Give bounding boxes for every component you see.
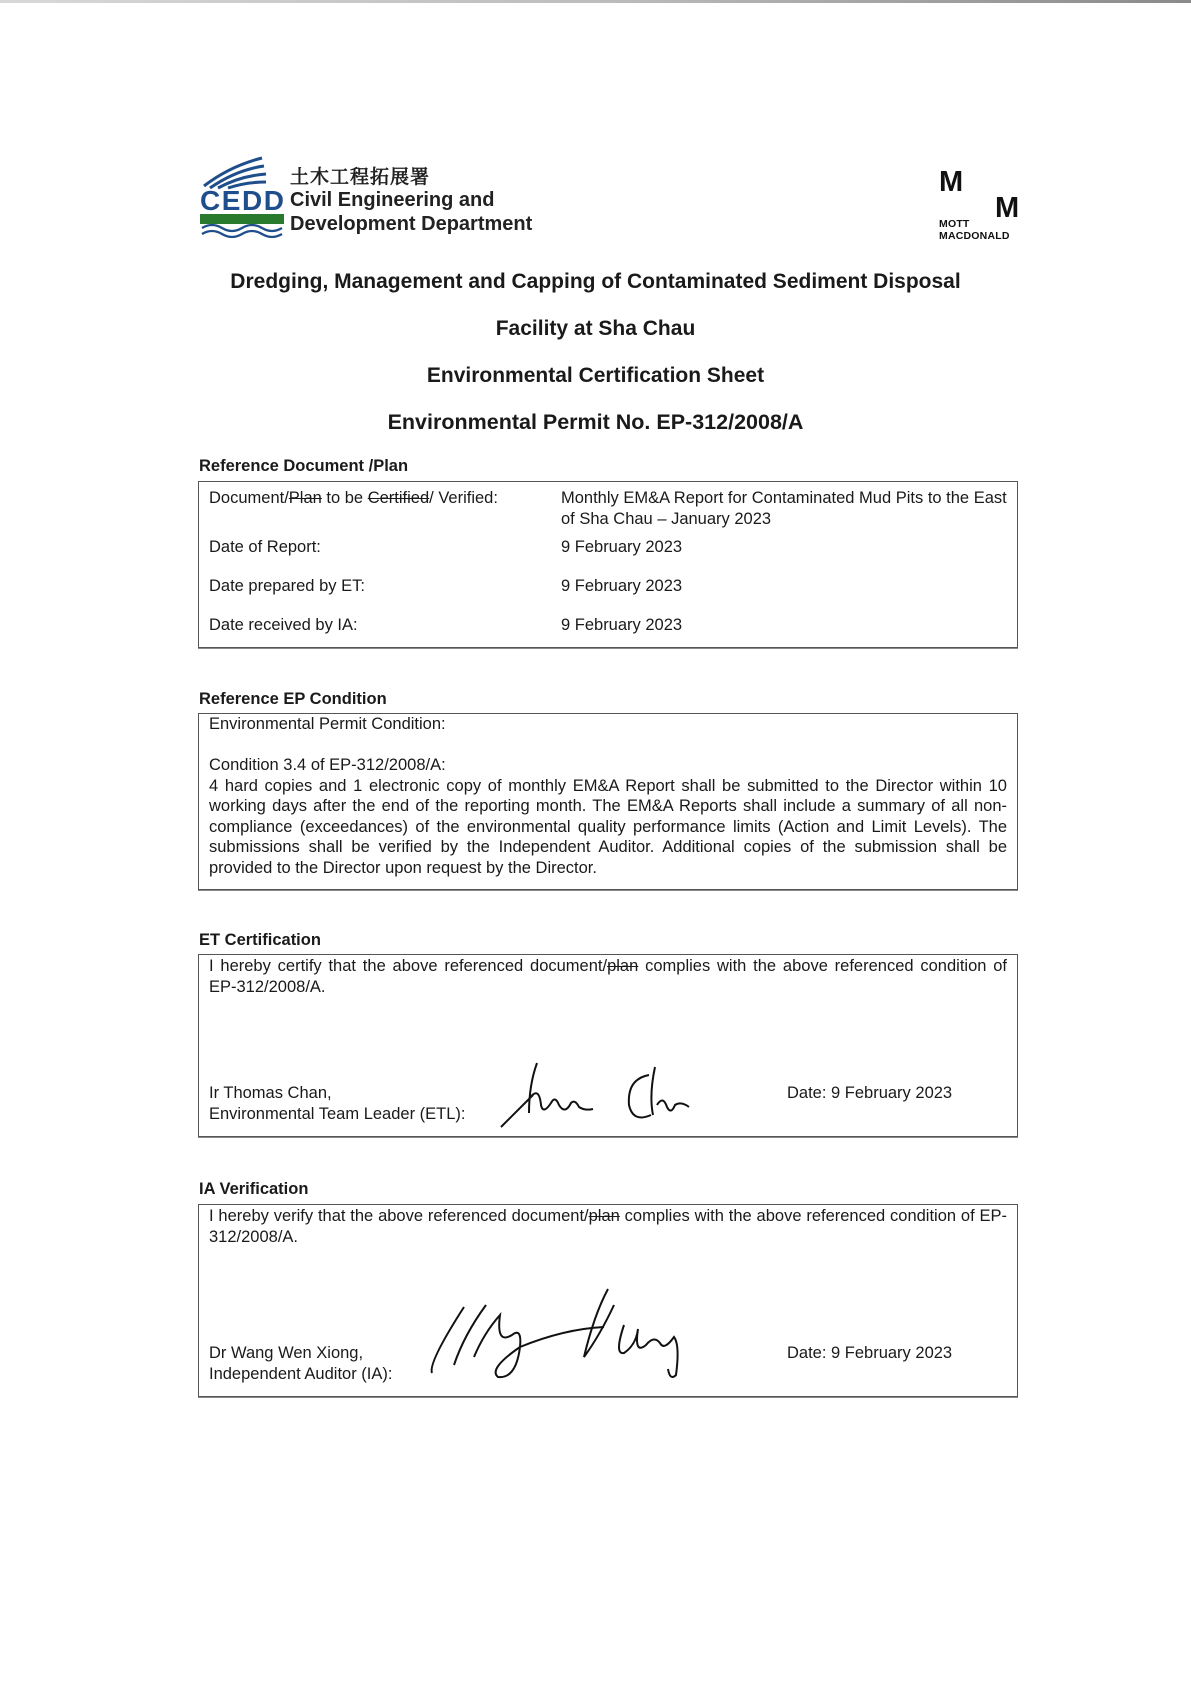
reference-document-box: Document/Plan to be Certified/ Verified:… <box>198 481 1018 648</box>
struck-plan: Plan <box>289 489 322 507</box>
et-certification-heading: ET Certification <box>199 931 321 950</box>
et-statement: I hereby certify that the above referenc… <box>209 956 1007 997</box>
mm-name-line2: MACDONALD <box>939 230 1010 242</box>
ia-signer: Dr Wang Wen Xiong, Independent Auditor (… <box>209 1343 392 1384</box>
sheet-title: Environmental Certification Sheet <box>0 364 1191 388</box>
etl-signer: Ir Thomas Chan, Environmental Team Leade… <box>209 1083 465 1124</box>
ia-role: Independent Auditor (IA): <box>209 1364 392 1385</box>
struck-certified: Certified <box>368 489 429 507</box>
project-title-line1: Dredging, Management and Capping of Cont… <box>0 270 1191 294</box>
etl-date: Date: 9 February 2023 <box>787 1084 952 1103</box>
date-of-report-value: 9 February 2023 <box>561 537 1011 558</box>
ia-statement: I hereby verify that the above reference… <box>209 1206 1007 1247</box>
ep-condition-intro: Environmental Permit Condition: <box>209 714 1007 735</box>
date-received-label: Date received by IA: <box>209 615 358 636</box>
cedd-chinese-name: 土木工程拓展署 <box>290 166 532 188</box>
mm-name-line1: MOTT <box>939 218 1010 230</box>
date-prepared-label: Date prepared by ET: <box>209 576 365 597</box>
cedd-english-line2: Development Department <box>290 212 532 236</box>
ep-condition-title: Condition 3.4 of EP-312/2008/A: <box>209 755 1007 776</box>
date-received-value: 9 February 2023 <box>561 615 1011 636</box>
scan-edge <box>0 0 1191 3</box>
cedd-emblem-icon: CEDD <box>200 152 286 238</box>
struck-plan: plan <box>589 1207 620 1225</box>
etl-role: Environmental Team Leader (ETL): <box>209 1104 465 1125</box>
cedd-name: 土木工程拓展署 Civil Engineering and Developmen… <box>290 166 532 236</box>
etl-name: Ir Thomas Chan, <box>209 1083 465 1104</box>
etl-signature <box>499 1055 719 1130</box>
ep-condition-content: Environmental Permit Condition: Conditio… <box>209 714 1007 878</box>
mm-logo-name: MOTT MACDONALD <box>939 218 1010 242</box>
struck-plan: plan <box>607 957 638 975</box>
document-value: Monthly EM&A Report for Contaminated Mud… <box>561 488 1011 529</box>
ia-verification-heading: IA Verification <box>199 1180 308 1199</box>
mm-logo-letter-1: M <box>939 166 963 199</box>
ia-signature <box>424 1285 734 1385</box>
et-certification-box: I hereby certify that the above referenc… <box>198 954 1018 1137</box>
date-of-report-label: Date of Report: <box>209 537 321 558</box>
svg-text:CEDD: CEDD <box>200 185 284 216</box>
cedd-logo: CEDD 土木工程拓展署 Civil Engineering and Devel… <box>200 152 540 242</box>
ia-date: Date: 9 February 2023 <box>787 1344 952 1363</box>
cedd-english-line1: Civil Engineering and <box>290 188 532 212</box>
date-prepared-value: 9 February 2023 <box>561 576 1011 597</box>
reference-document-heading: Reference Document /Plan <box>199 457 408 476</box>
permit-number: Environmental Permit No. EP-312/2008/A <box>0 410 1191 435</box>
document-label: Document/Plan to be Certified/ Verified: <box>209 488 498 509</box>
project-title-line2: Facility at Sha Chau <box>0 317 1191 341</box>
ep-condition-heading: Reference EP Condition <box>199 690 387 709</box>
mott-macdonald-logo: M M MOTT MACDONALD <box>935 166 1025 246</box>
ep-condition-text: 4 hard copies and 1 electronic copy of m… <box>209 776 1007 879</box>
ep-condition-box: Environmental Permit Condition: Conditio… <box>198 713 1018 890</box>
ia-name: Dr Wang Wen Xiong, <box>209 1343 392 1364</box>
ia-verification-box: I hereby verify that the above reference… <box>198 1204 1018 1397</box>
